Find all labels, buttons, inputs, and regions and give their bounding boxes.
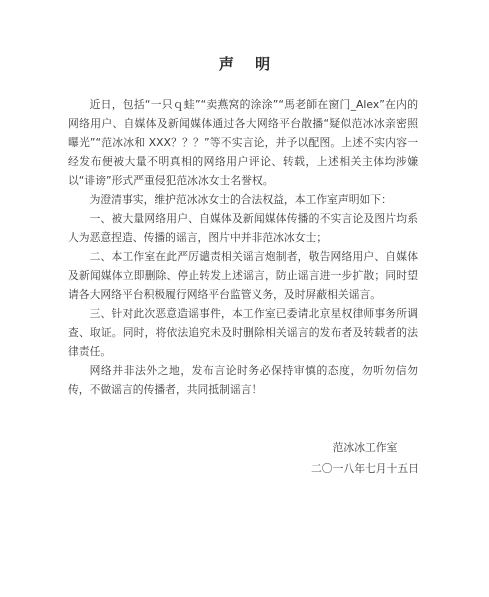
signature-block: 范冰冰工作室 二〇一八年七月十五日	[280, 437, 450, 479]
paragraph-point-three: 三、针对此次恶意造谣事件，本工作室已委请北京星权律师事务所调查、取证。同时，将依…	[68, 304, 418, 361]
document-body: 近日，包括“一只ｑ蛙”“卖燕窝的涂涂”“馬老師在窗门_Alex”在内的网络用户、…	[68, 95, 418, 399]
paragraph-declaration-lead: 为澄清事实，维护范冰冰女士的合法权益，本工作室声明如下：	[68, 190, 418, 209]
paragraph-closing: 网络并非法外之地，发布言论时务必保持审慎的态度，勿听勿信勿传，不做谣言的传播者，…	[68, 361, 418, 399]
document-page: 声 明 近日，包括“一只ｑ蛙”“卖燕窝的涂涂”“馬老師在窗门_Alex”在内的网…	[0, 0, 489, 597]
signature-date: 二〇一八年七月十五日	[280, 458, 450, 479]
paragraph-point-one: 一、被大量网络用户、自媒体及新闻媒体传播的不实言论及图片均系人为恶意捏造、传播的…	[68, 209, 418, 247]
signature-organization: 范冰冰工作室	[280, 437, 450, 458]
document-title: 声 明	[0, 53, 489, 74]
paragraph-intro: 近日，包括“一只ｑ蛙”“卖燕窝的涂涂”“馬老師在窗门_Alex”在内的网络用户、…	[68, 95, 418, 190]
paragraph-point-two: 二、本工作室在此严厉谴责相关谣言炮制者，敬告网络用户、自媒体及新闻媒体立即删除、…	[68, 247, 418, 304]
